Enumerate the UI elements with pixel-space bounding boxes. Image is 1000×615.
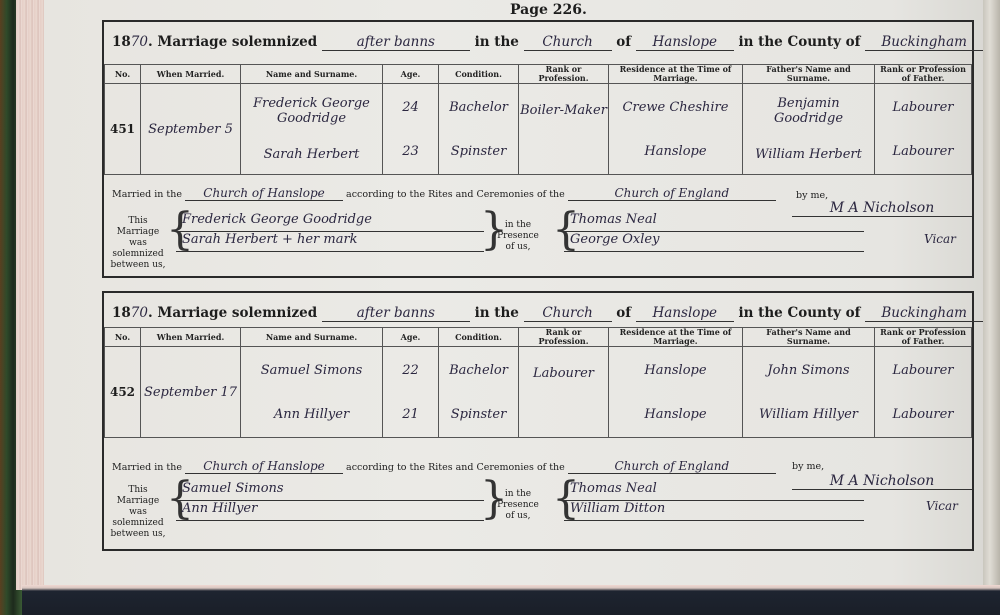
presence-label: in the Presence of us, bbox=[494, 220, 542, 253]
marriage-entry: 1870. Marriage solemnized after banns in… bbox=[102, 20, 974, 278]
column-header: Age. bbox=[383, 65, 439, 84]
column-header: Age. bbox=[383, 328, 439, 347]
entry-header: 1870. Marriage solemnized after banns in… bbox=[112, 34, 983, 51]
column-header: Rank or Profession of Father. bbox=[875, 65, 972, 84]
year-suffix: 70 bbox=[131, 305, 148, 321]
married-in: Church of Hanslope bbox=[185, 186, 343, 201]
between-us-label: This Marriage was solemnized between us, bbox=[108, 485, 168, 540]
groom-condition: Bachelor bbox=[440, 363, 517, 378]
party-signature: Frederick George Goodridge bbox=[176, 212, 484, 232]
column-header: Name and Surname. bbox=[241, 328, 383, 347]
groom-father-profession: Labourer bbox=[876, 100, 970, 115]
groom-condition: Bachelor bbox=[440, 100, 517, 115]
bride-residence: Hanslope bbox=[610, 407, 741, 422]
between-us-label: This Marriage was solemnized between us, bbox=[108, 216, 168, 271]
place-type: Church bbox=[524, 34, 612, 51]
column-header: Rank or Profession. bbox=[519, 328, 609, 347]
bride-father: William Hillyer bbox=[744, 407, 873, 422]
county: Buckingham bbox=[865, 34, 983, 51]
year-suffix: 70 bbox=[131, 34, 148, 50]
entry-number: 452 bbox=[105, 347, 141, 438]
solemnized-by: after banns bbox=[322, 34, 470, 51]
party-signature: Sarah Herbert + her mark bbox=[176, 232, 484, 252]
when-married: September 17 bbox=[141, 347, 241, 438]
witness-signature: Thomas Neal bbox=[564, 212, 864, 232]
married-in-line: Married in the Church of Hanslope accord… bbox=[112, 186, 776, 201]
entry-header: 1870. Marriage solemnized after banns in… bbox=[112, 305, 983, 322]
marriage-entry: 1870. Marriage solemnized after banns in… bbox=[102, 291, 974, 551]
column-header: Name and Surname. bbox=[241, 65, 383, 84]
column-header: When Married. bbox=[141, 328, 241, 347]
party-signature: Ann Hillyer bbox=[176, 501, 484, 521]
groom-profession: Labourer bbox=[520, 366, 607, 381]
entry-table: No.When Married.Name and Surname.Age.Con… bbox=[104, 64, 972, 175]
column-header: No. bbox=[105, 65, 141, 84]
bride-father-profession: Labourer bbox=[876, 144, 970, 159]
column-header: Condition. bbox=[439, 65, 519, 84]
book-bottom-edge bbox=[22, 585, 1000, 615]
by-me-label: by me, bbox=[792, 461, 824, 472]
bride-father-profession: Labourer bbox=[876, 407, 970, 422]
witness-signatures: Thomas Neal George Oxley bbox=[564, 212, 864, 252]
parties-signatures: Samuel Simons Ann Hillyer bbox=[176, 481, 484, 521]
column-header: Father's Name and Surname. bbox=[743, 65, 875, 84]
bride-father: William Herbert bbox=[744, 147, 873, 162]
groom-name: Frederick George Goodridge bbox=[242, 96, 381, 126]
column-header: Rank or Profession of Father. bbox=[875, 328, 972, 347]
party-signature: Samuel Simons bbox=[176, 481, 484, 501]
solemnized-by: after banns bbox=[322, 305, 470, 322]
county: Buckingham bbox=[865, 305, 983, 322]
presence-label: in the Presence of us, bbox=[494, 489, 542, 522]
column-header: Residence at the Time of Marriage. bbox=[609, 328, 743, 347]
officiant-title: Vicar bbox=[924, 232, 956, 246]
groom-profession: Boiler-Maker bbox=[520, 103, 607, 118]
parties-signatures: Frederick George Goodridge Sarah Herbert… bbox=[176, 212, 484, 252]
parish: Hanslope bbox=[636, 34, 734, 51]
rites: Church of England bbox=[568, 459, 776, 474]
entry-number: 451 bbox=[105, 84, 141, 175]
page-number: Page 226. bbox=[510, 2, 587, 18]
parish: Hanslope bbox=[636, 305, 734, 322]
groom-residence: Crewe Cheshire bbox=[610, 100, 741, 115]
married-in: Church of Hanslope bbox=[185, 459, 343, 474]
bride-name: Sarah Herbert bbox=[242, 147, 381, 162]
column-header: When Married. bbox=[141, 65, 241, 84]
bride-age: 21 bbox=[384, 407, 437, 422]
column-header: Rank or Profession. bbox=[519, 65, 609, 84]
groom-age: 22 bbox=[384, 363, 437, 378]
witness-signature: William Ditton bbox=[564, 501, 864, 521]
column-header: Condition. bbox=[439, 328, 519, 347]
book-gutter bbox=[983, 0, 1000, 615]
witness-signatures: Thomas Neal William Ditton bbox=[564, 481, 864, 521]
groom-age: 24 bbox=[384, 100, 437, 115]
entry-table: No.When Married.Name and Surname.Age.Con… bbox=[104, 327, 972, 438]
witness-signature: George Oxley bbox=[564, 232, 864, 252]
page-edges bbox=[16, 0, 47, 590]
groom-father: Benjamin Goodridge bbox=[744, 96, 873, 126]
groom-name: Samuel Simons bbox=[242, 363, 381, 378]
when-married: September 5 bbox=[141, 84, 241, 175]
rites: Church of England bbox=[568, 186, 776, 201]
married-in-line: Married in the Church of Hanslope accord… bbox=[112, 459, 776, 474]
bride-age: 23 bbox=[384, 144, 437, 159]
groom-father: John Simons bbox=[744, 363, 873, 378]
column-header: Residence at the Time of Marriage. bbox=[609, 65, 743, 84]
column-header: Father's Name and Surname. bbox=[743, 328, 875, 347]
bride-name: Ann Hillyer bbox=[242, 407, 381, 422]
bride-condition: Spinster bbox=[440, 144, 517, 159]
officiant-title: Vicar bbox=[926, 499, 958, 513]
witness-signature: Thomas Neal bbox=[564, 481, 864, 501]
place-type: Church bbox=[524, 305, 612, 322]
bride-condition: Spinster bbox=[440, 407, 517, 422]
groom-father-profession: Labourer bbox=[876, 363, 970, 378]
column-header: No. bbox=[105, 328, 141, 347]
groom-residence: Hanslope bbox=[610, 363, 741, 378]
bride-residence: Hanslope bbox=[610, 144, 741, 159]
